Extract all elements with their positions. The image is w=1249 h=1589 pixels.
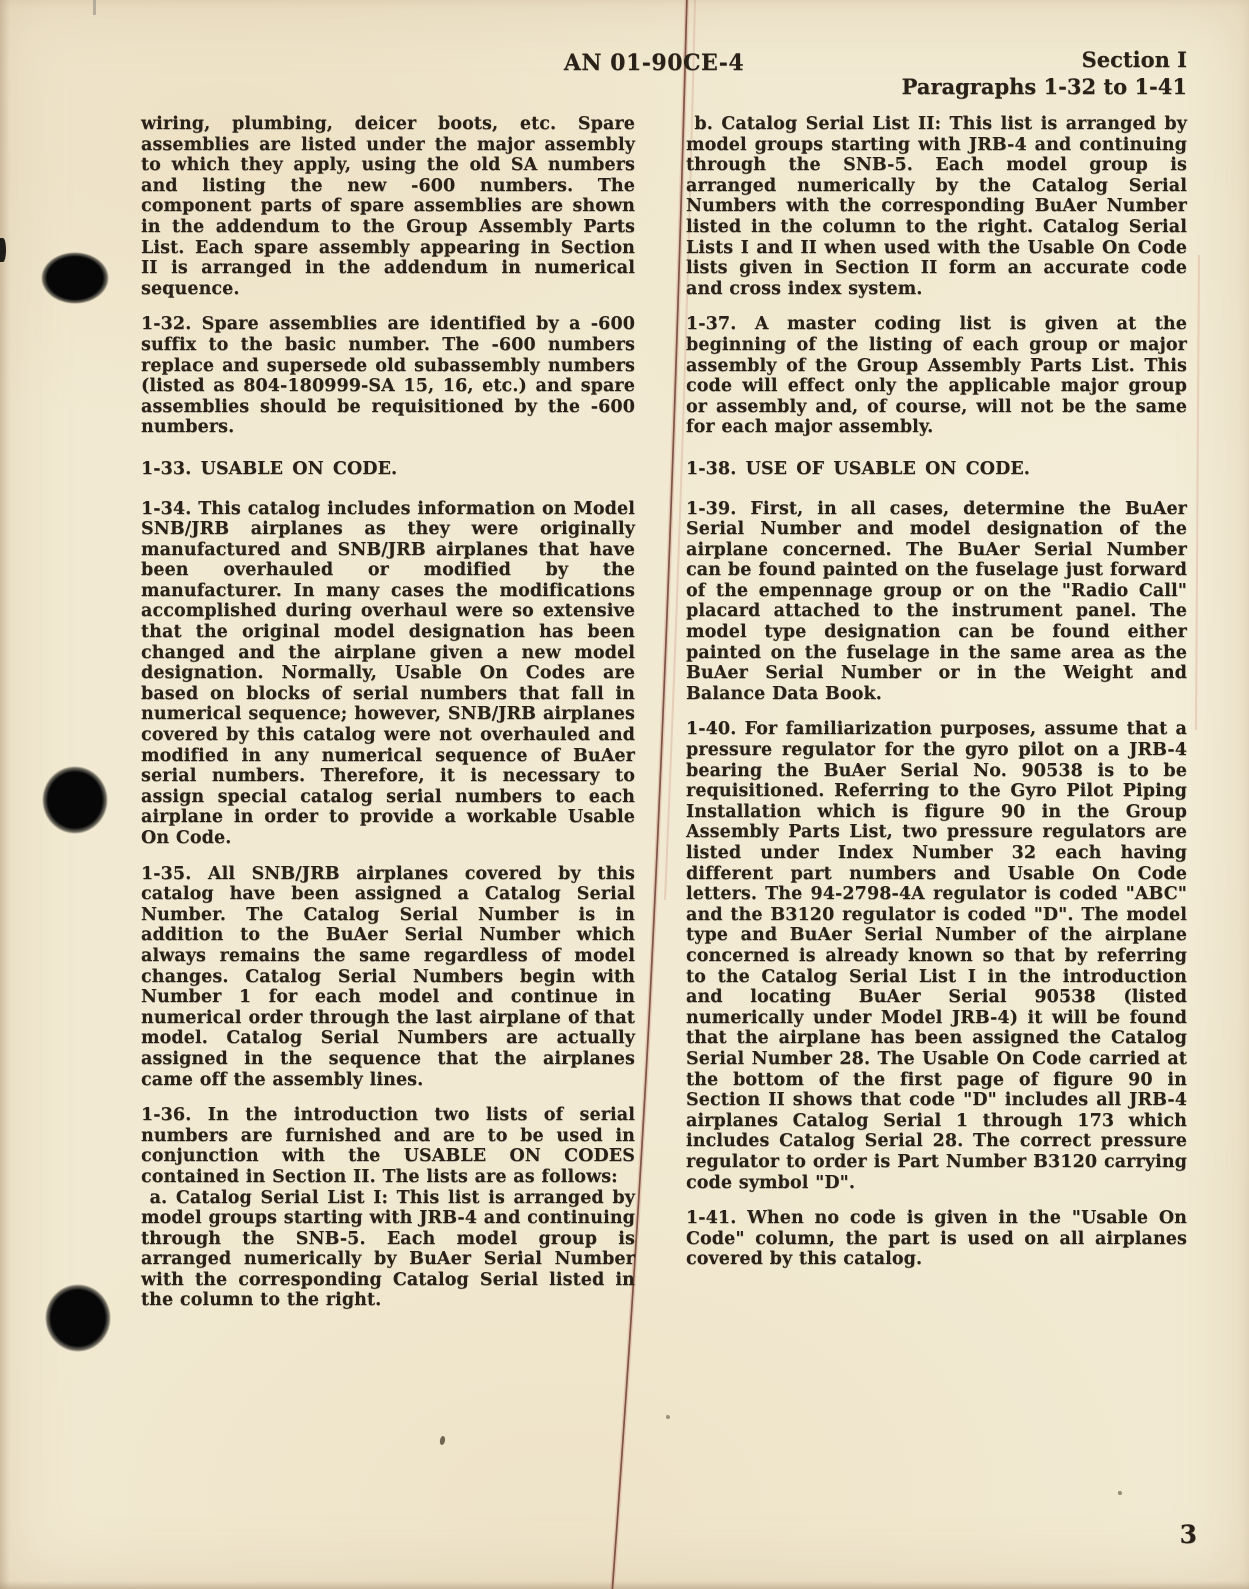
paragraph-heading: 1-38. USE OF USABLE ON CODE. — [686, 459, 1187, 480]
right-column: b. Catalog Serial List II: This list is … — [686, 114, 1187, 1285]
paragraph: 1-34. This catalog includes information … — [141, 499, 635, 849]
scan-artifact — [439, 1436, 446, 1446]
binder-hole-icon — [41, 252, 109, 304]
paragraph: wiring, plumbing, deicer boots, etc. Spa… — [141, 114, 635, 299]
manual-scanned-page: AN 01-90CE-4 Section I Paragraphs 1-32 t… — [0, 0, 1249, 1589]
paragraph: 1-37. A master coding list is given at t… — [686, 314, 1187, 438]
scan-artifact — [93, 0, 96, 15]
binder-hole-icon — [45, 1284, 111, 1352]
paragraph: 1-40. For familiarization purposes, assu… — [686, 719, 1187, 1193]
paragraph: b. Catalog Serial List II: This list is … — [686, 114, 1187, 299]
page-number: 3 — [1180, 1520, 1197, 1549]
scan-artifact — [0, 238, 6, 262]
paragraph: 1-35. All SNB/JRB airplanes covered by t… — [141, 864, 635, 1091]
paragraph-range: Paragraphs 1-32 to 1-41 — [902, 73, 1187, 100]
paragraph: 1-41. When no code is given in the "Usab… — [686, 1208, 1187, 1270]
scan-artifact — [1118, 1491, 1122, 1495]
page-bottom-edge-shading — [0, 1581, 1249, 1589]
header-section-block: Section I Paragraphs 1-32 to 1-41 — [902, 46, 1187, 100]
scan-artifact — [666, 1415, 670, 1419]
paragraph: 1-36. In the introduction two lists of s… — [141, 1105, 635, 1311]
paragraph: 1-39. First, in all cases, determine the… — [686, 499, 1187, 705]
paragraph: 1-32. Spare assemblies are identified by… — [141, 314, 635, 438]
left-column: wiring, plumbing, deicer boots, etc. Spa… — [141, 114, 635, 1326]
section-title: Section I — [902, 46, 1187, 73]
binder-hole-icon — [42, 766, 108, 834]
paragraph-heading: 1-33. USABLE ON CODE. — [141, 459, 635, 480]
